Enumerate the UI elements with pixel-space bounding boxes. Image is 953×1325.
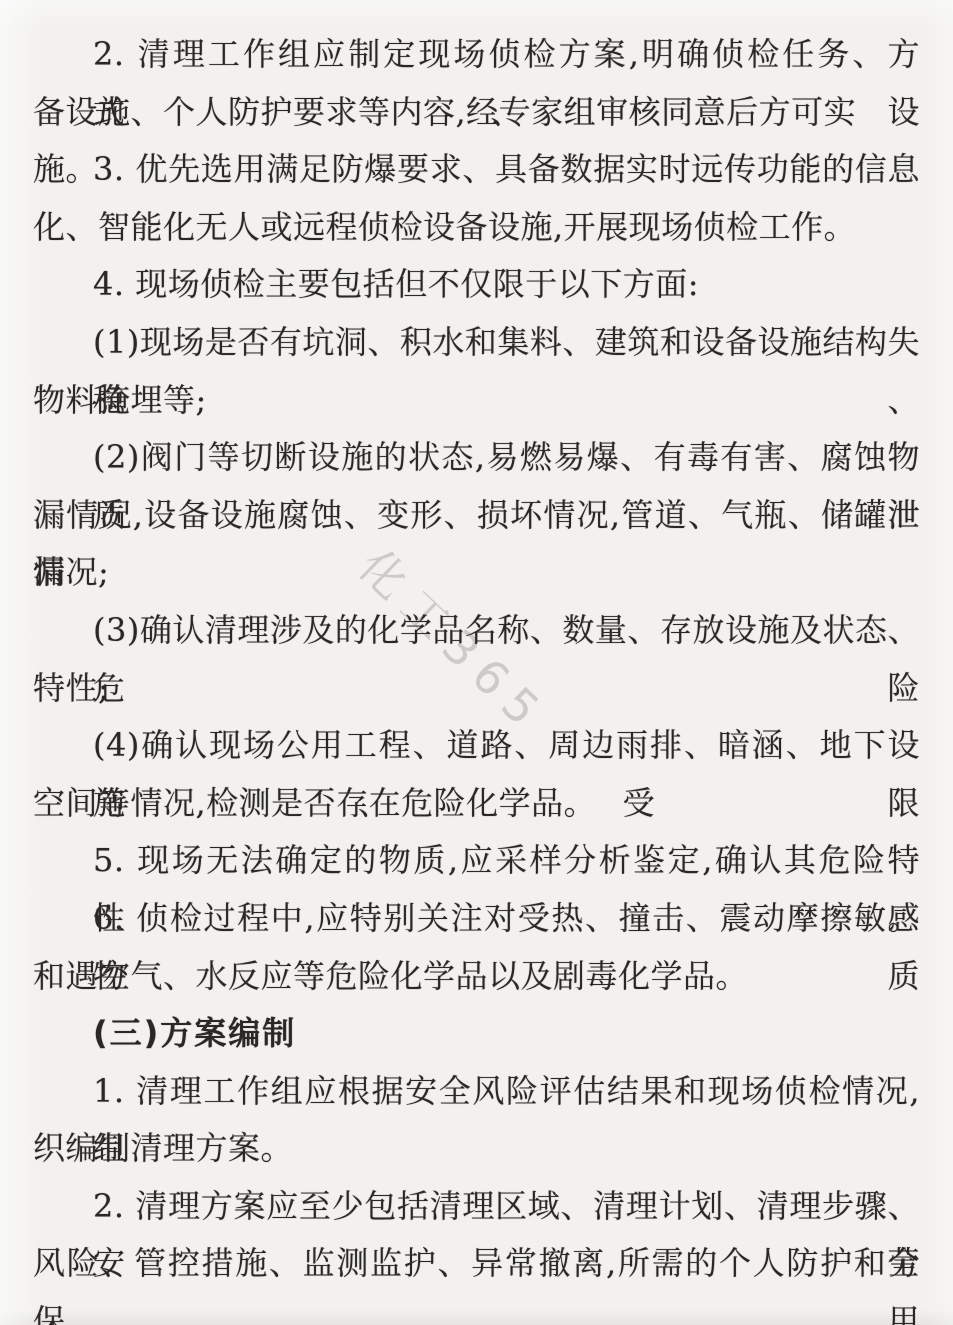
text-line: 6. 侦检过程中,应特别关注对受热、撞击、震动摩擦敏感物质 (33, 890, 920, 948)
text-line: 2. 清理方案应至少包括清理区域、清理计划、清理步骤、安全 (33, 1178, 920, 1236)
text-line: 织编制清理方案。 (33, 1120, 920, 1178)
text-line: (三)方案编制 (33, 1005, 920, 1063)
text-line: 备设施、个人防护要求等内容,经专家组审核同意后方可实施。 (33, 84, 920, 142)
text-line: 4. 现场侦检主要包括但不仅限于以下方面: (33, 256, 920, 314)
text-line: 化、智能化无人或远程侦检设备设施,开展现场侦检工作。 (33, 199, 920, 257)
text-line: 2. 清理工作组应制定现场侦检方案,明确侦检任务、方式、设 (33, 26, 920, 84)
text-line: (2)阀门等切断设施的状态,易燃易爆、有毒有害、腐蚀物质泄 (33, 429, 920, 487)
text-lines: 2. 清理工作组应制定现场侦检方案,明确侦检任务、方式、设备设施、个人防护要求等… (33, 26, 920, 1293)
text-line: 3. 优先选用满足防爆要求、具备数据实时远传功能的信息 (33, 141, 920, 199)
text-line: 情况; (33, 544, 920, 602)
scanned-document-page: 化工365 2. 清理工作组应制定现场侦检方案,明确侦检任务、方式、设备设施、个… (0, 0, 953, 1325)
text-line: 风险、管控措施、监测监护、异常撤离,所需的个人防护和劳保用 (33, 1235, 920, 1293)
text-line: (4)确认现场公用工程、道路、周边雨排、暗涵、地下设施、受限 (33, 717, 920, 775)
text-line: 1. 清理工作组应根据安全风险评估结果和现场侦检情况,组 (33, 1063, 920, 1121)
text-line: 漏情况,设备设施腐蚀、变形、损坏情况,管道、气瓶、储罐泄漏 (33, 487, 920, 545)
text-line: (3)确认清理涉及的化学品名称、数量、存放设施及状态、危险 (33, 602, 920, 660)
text-line: 5. 现场无法确定的物质,应采样分析鉴定,确认其危险特性。 (33, 832, 920, 890)
text-line: (1)现场是否有坑洞、积水和集料、建筑和设备设施结构失稳、 (33, 314, 920, 372)
